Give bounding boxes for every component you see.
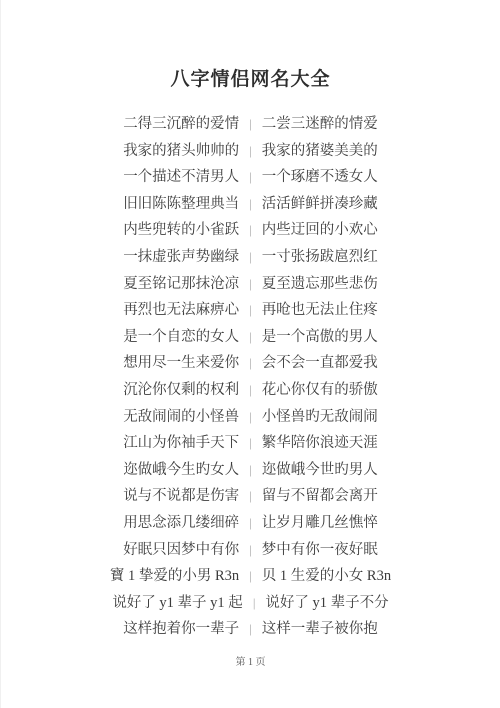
page-title: 八字情侣网名大全: [1, 0, 500, 91]
separator-bar: |: [239, 196, 262, 211]
separator-bar: |: [243, 595, 266, 610]
separator-bar: |: [239, 302, 262, 317]
couple-name-row: 我家的猪头帅帅的|我家的猪婆美美的: [1, 138, 500, 165]
left-name: 沉沦你仅剩的权利: [123, 382, 239, 398]
separator-bar: |: [239, 382, 262, 397]
right-name: 二尝三迷醉的情爱: [262, 116, 378, 132]
left-name: 用思念添几缕细碎: [123, 515, 239, 531]
separator-bar: |: [239, 222, 262, 237]
left-name: 二得三沉醉的爱情: [123, 116, 239, 132]
couple-name-row: 旧旧陈陈整理典当|活活鲜鲜拼凑珍藏: [1, 191, 500, 218]
right-name: 夏至遗忘那些悲伤: [262, 276, 378, 292]
couple-name-row: 沉沦你仅剩的权利|花心你仅有的骄傲: [1, 377, 500, 404]
separator-bar: |: [239, 276, 262, 291]
separator-bar: |: [239, 329, 262, 344]
couple-name-row: 用思念添几缕细碎|让岁月雕几丝憔悴: [1, 510, 500, 537]
separator-bar: |: [239, 515, 262, 530]
left-name: 想用尽一生来爱你: [123, 355, 239, 371]
couple-name-row: 再烈也无法麻痹心|再呛也无法止住疼: [1, 297, 500, 324]
couple-name-row: 说与不说都是伤害|留与不留都会离开: [1, 483, 500, 510]
couple-name-row: 二得三沉醉的爱情|二尝三迷醉的情爱: [1, 111, 500, 138]
right-name: 留与不留都会离开: [262, 488, 378, 504]
left-name: 说好了 y1 辈子 y1 起: [112, 595, 243, 611]
left-name: 迩做峨今生旳女人: [123, 462, 239, 478]
left-name: 是一个自恋的女人: [123, 329, 239, 345]
separator-bar: |: [239, 568, 262, 583]
right-name: 繁华陪你浪迹天涯: [262, 435, 378, 451]
separator-bar: |: [239, 116, 262, 131]
separator-bar: |: [239, 488, 262, 503]
separator-bar: |: [239, 462, 262, 477]
right-name: 活活鲜鲜拼凑珍藏: [262, 196, 378, 212]
left-name: 一个描述不清男人: [123, 169, 239, 185]
couple-name-row: 是一个自恋的女人|是一个高傲的男人: [1, 324, 500, 351]
right-name: 小怪兽旳无敌闹闹: [262, 409, 378, 425]
right-name: 再呛也无法止住疼: [262, 302, 378, 318]
left-name: 一抹虚张声势幽绿: [123, 249, 239, 265]
separator-bar: |: [239, 249, 262, 264]
document-page: 八字情侣网名大全 二得三沉醉的爱情|二尝三迷醉的情爱 我家的猪头帅帅的|我家的猪…: [0, 0, 500, 708]
separator-bar: |: [239, 542, 262, 557]
couple-name-row: 好眠只因梦中有你|梦中有你一夜好眠: [1, 537, 500, 564]
couple-name-row: 想用尽一生来爱你|会不会一直都爱我: [1, 350, 500, 377]
right-name: 迩做峨今世旳男人: [262, 462, 378, 478]
left-name: 寶 1 挚爱的小男 R3n: [110, 568, 239, 584]
couple-name-row: 这样抱着你一辈子|这样一辈子被你抱: [1, 616, 500, 643]
couple-name-row: 无敌闹闹的小怪兽|小怪兽旳无敌闹闹: [1, 404, 500, 431]
couple-name-row: 说好了 y1 辈子 y1 起|说好了 y1 辈子不分: [1, 590, 500, 617]
separator-bar: |: [239, 143, 262, 158]
left-name: 这样抱着你一辈子: [123, 621, 239, 637]
right-name: 让岁月雕几丝憔悴: [262, 515, 378, 531]
left-name: 说与不说都是伤害: [123, 488, 239, 504]
separator-bar: |: [239, 409, 262, 424]
right-name: 说好了 y1 辈子不分: [265, 595, 388, 611]
right-name: 梦中有你一夜好眠: [262, 542, 378, 558]
right-name: 贝 1 生爱的小女 R3n: [262, 568, 391, 584]
couple-name-row: 夏至铭记那抹沧凉|夏至遗忘那些悲伤: [1, 271, 500, 298]
couple-name-row: 一抹虚张声势幽绿|一寸张扬跋扈烈红: [1, 244, 500, 271]
right-name: 一寸张扬跋扈烈红: [262, 249, 378, 265]
right-name: 花心你仅有的骄傲: [262, 382, 378, 398]
separator-bar: |: [239, 169, 262, 184]
separator-bar: |: [239, 621, 262, 636]
couple-name-row: 江山为你袖手天下|繁华陪你浪迹天涯: [1, 430, 500, 457]
couple-name-list: 二得三沉醉的爱情|二尝三迷醉的情爱 我家的猪头帅帅的|我家的猪婆美美的 一个描述…: [1, 111, 500, 643]
left-name: 江山为你袖手天下: [123, 435, 239, 451]
right-name: 我家的猪婆美美的: [262, 143, 378, 159]
left-name: 好眠只因梦中有你: [123, 542, 239, 558]
page-number: 第 1 页: [1, 653, 500, 668]
couple-name-row: 寶 1 挚爱的小男 R3n|贝 1 生爱的小女 R3n: [1, 563, 500, 590]
left-name: 内些兜转的小雀跃: [123, 222, 239, 238]
right-name: 内些迂回的小欢心: [262, 222, 378, 238]
separator-bar: |: [239, 355, 262, 370]
couple-name-row: 迩做峨今生旳女人|迩做峨今世旳男人: [1, 457, 500, 484]
left-name: 再烈也无法麻痹心: [123, 302, 239, 318]
right-name: 这样一辈子被你抱: [262, 621, 378, 637]
separator-bar: |: [239, 435, 262, 450]
left-name: 旧旧陈陈整理典当: [123, 196, 239, 212]
left-name: 夏至铭记那抹沧凉: [123, 276, 239, 292]
couple-name-row: 内些兜转的小雀跃|内些迂回的小欢心: [1, 217, 500, 244]
couple-name-row: 一个描述不清男人|一个琢磨不透女人: [1, 164, 500, 191]
left-name: 无敌闹闹的小怪兽: [123, 409, 239, 425]
right-name: 会不会一直都爱我: [262, 355, 378, 371]
right-name: 是一个高傲的男人: [262, 329, 378, 345]
left-name: 我家的猪头帅帅的: [123, 143, 239, 159]
right-name: 一个琢磨不透女人: [262, 169, 378, 185]
